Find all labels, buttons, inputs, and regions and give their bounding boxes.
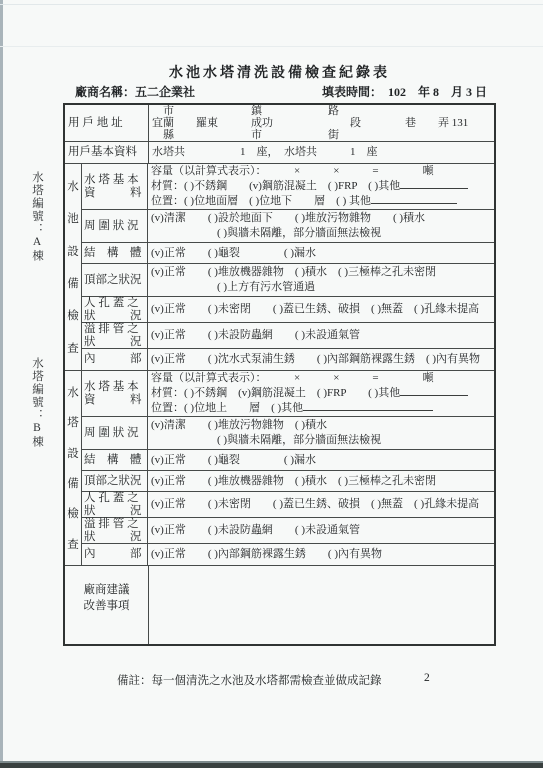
vendor-suggestion-value — [149, 566, 494, 644]
blank-underline — [400, 386, 468, 396]
section-pool-side-label: 水 池 設 備 檢 查 — [65, 164, 82, 370]
side-char: 池 — [67, 210, 79, 226]
side-char: 設 — [67, 445, 79, 461]
row-manhole-cover: 人 孔 蓋 之 狀 況 (v)正常 ( )未密閉 ( )蓋已生銹、破損 ( )無… — [82, 297, 494, 323]
form-line: (v)正常 ( )沈水式泵浦生銹 ( )內部鋼筋裸露生銹 ( )內有異物 — [151, 352, 494, 367]
row-label: 廠商建議 — [68, 582, 145, 598]
row-label: 狀 況 — [84, 531, 145, 544]
address-label: 用 戶 地 址 — [65, 105, 149, 141]
section-tower-side-label: 水 塔 設 備 檢 查 — [65, 371, 82, 565]
side-char: 查 — [67, 340, 79, 356]
row-label: 資 料 — [84, 187, 145, 200]
form-line: (v)清潔 ( )設於地面下 ( )堆放污物雜物 ( )積水 — [151, 211, 494, 226]
form-line-text: 位置：( )位地上 層 ( )其他 — [151, 402, 303, 414]
form-line: 位置：( )位地上 層 ( )其他 — [151, 401, 494, 416]
form-line: 材質：( )不銹鋼 (v)鋼筋混凝土 ( )FRP ( )其他 — [151, 179, 494, 194]
scan-artifact-line — [0, 4, 543, 5]
section-tower-inspection: 水 塔 設 備 檢 查 水 塔 基 本 資 料 容量（以計算式表示）： × × … — [65, 371, 494, 566]
row-label: 水 塔 基 本 — [84, 174, 145, 187]
vendor-name: 廠商名稱：五二企業社 — [75, 83, 195, 100]
scan-bottom-edge — [0, 761, 543, 768]
inspection-table: 用 戶 地 址 市 鎮 路 宜蘭 羅東 成功 段 巷 弄 131 號 縣 市 街… — [63, 103, 496, 646]
row-label: 人 孔 蓋 之 — [84, 297, 145, 310]
vendor-suggestion-label: 廠商建議 改善事項 — [65, 566, 149, 644]
row-label: 人 孔 蓋 之 — [84, 492, 145, 505]
side-char: 檢 — [67, 307, 79, 323]
row-label: 頂部之狀況 — [84, 274, 145, 287]
form-title: 水池水塔清洗設備檢查紀錄表 — [63, 62, 496, 82]
form-line: (v)正常 ( )內部鋼筋裸露生銹 ( )內有異物 — [151, 547, 494, 562]
page-number: 2 — [424, 672, 430, 684]
row-label: 結 構 體 — [84, 454, 145, 467]
scan-left-edge — [0, 0, 3, 768]
form-line: 容量（以計算式表示）： × × = 噸 — [151, 164, 494, 179]
blank-underline — [400, 179, 468, 189]
form-line-text: 材質：( )不銹鋼 (v)鋼筋混凝土 ( )FRP ( )其他 — [151, 387, 400, 399]
scanned-inspection-form: { "page": { "title": "水池水塔清洗設備檢查紀錄表", "v… — [0, 0, 543, 768]
form-line: (v)正常 ( )未密閉 ( )蓋已生銹、破損 ( )無蓋 ( )孔緣未提高 — [151, 497, 494, 512]
blank-underline — [371, 194, 457, 204]
margin-note-tank-b: 水塔編號：B棟 — [29, 357, 45, 449]
row-label: 內 部 — [84, 548, 145, 561]
side-char: 檢 — [67, 505, 79, 521]
form-line: (v)正常 ( )龜裂 ( )漏水 — [151, 246, 494, 261]
fill-date: 填表時間： 102 年 8 月 3 日 — [322, 83, 487, 100]
side-char: 查 — [67, 536, 79, 552]
address-row: 用 戶 地 址 市 鎮 路 宜蘭 羅東 成功 段 巷 弄 131 號 縣 市 街 — [65, 105, 494, 142]
row-label: 內 部 — [84, 353, 145, 366]
row-label: 狀 況 — [84, 310, 145, 323]
form-line-text: 材質：( )不銹鋼 (v)鋼筋混凝土 ( )FRP ( )其他 — [151, 180, 400, 192]
footer-note: 備註：每一個清洗之水池及水塔都需檢查並做成記錄 — [117, 672, 382, 688]
form-line: 材質：( )不銹鋼 (v)鋼筋混凝土 ( )FRP ( )其他 — [151, 386, 494, 401]
row-label: 頂部之狀況 — [84, 475, 145, 488]
side-char: 水 — [67, 178, 79, 194]
basic-info-row: 用戶基本資料 水塔共 1 座， 水塔共 1 座 — [65, 142, 494, 164]
form-line: 位置：( )位地面層 ( )位地下 層 ( ) 其他 — [151, 194, 494, 209]
form-line: ( )與牆未隔離，部分牆面無法檢視 — [151, 226, 494, 241]
basic-info-value: 水塔共 1 座， 水塔共 1 座 — [152, 145, 494, 160]
row-surroundings: 周 圍 狀 況 (v)清潔 ( )設於地面下 ( )堆放污物雜物 ( )積水 (… — [82, 210, 494, 243]
row-tank-basic: 水 塔 基 本 資 料 容量（以計算式表示）： × × = 噸 材質：( )不銹… — [82, 164, 494, 210]
row-label: 溢 排 管 之 — [84, 518, 145, 531]
row-label: 周 圍 狀 況 — [84, 220, 145, 233]
row-label: 周 圍 狀 況 — [84, 427, 145, 440]
row-interior: 內 部 (v)正常 ( )沈水式泵浦生銹 ( )內部鋼筋裸露生銹 ( )內有異物 — [82, 349, 494, 370]
form-line: (v)正常 ( )未密閉 ( )蓋已生銹、破損 ( )無蓋 ( )孔緣未提高 — [151, 302, 494, 317]
form-line: 容量（以計算式表示）： × × = 噸 — [151, 371, 494, 386]
row-surroundings: 周 圍 狀 況 (v)清潔 ( )堆放污物雜物 ( )積水 ( )與牆未隔離，部… — [82, 417, 494, 450]
form-line: (v)正常 ( )未設防蟲網 ( )未設通氣管 — [151, 328, 494, 343]
address-line-bottom: 縣 市 街 — [152, 129, 494, 141]
row-structure: 結 構 體 (v)正常 ( )龜裂 ( )漏水 — [82, 243, 494, 264]
side-char: 水 — [67, 384, 79, 400]
row-overflow-pipe: 溢 排 管 之 狀 況 (v)正常 ( )未設防蟲網 ( )未設通氣管 — [82, 323, 494, 349]
form-line: (v)正常 ( )堆放機器雜物 ( )積水 ( )三極棒之孔未密閉 — [151, 474, 494, 489]
scan-artifact-line — [0, 46, 543, 47]
address-value: 市 鎮 路 宜蘭 羅東 成功 段 巷 弄 131 號 縣 市 街 — [149, 105, 494, 141]
address-line-top: 市 鎮 路 — [152, 105, 494, 117]
basic-info-label: 用戶基本資料 — [65, 142, 149, 163]
row-structure: 結 構 體 (v)正常 ( )龜裂 ( )漏水 — [82, 450, 494, 471]
row-interior: 內 部 (v)正常 ( )內部鋼筋裸露生銹 ( )內有異物 — [82, 544, 494, 565]
form-line-text: 位置：( )位地面層 ( )位地下 層 ( ) 其他 — [151, 195, 371, 207]
margin-note-tank-a: 水塔編號：A棟 — [29, 171, 45, 263]
row-label: 結 構 體 — [84, 247, 145, 260]
form-line: (v)正常 ( )未設防蟲網 ( )未設通氣管 — [151, 523, 494, 538]
row-top-condition: 頂部之狀況 (v)正常 ( )堆放機器雜物 ( )積水 ( )三極棒之孔未密閉 — [82, 471, 494, 492]
row-label: 狀 況 — [84, 505, 145, 518]
blank-underline — [303, 401, 433, 411]
row-tank-basic: 水 塔 基 本 資 料 容量（以計算式表示）： × × = 噸 材質：( )不銹… — [82, 371, 494, 417]
form-meta-row: 廠商名稱：五二企業社 填表時間： 102 年 8 月 3 日 — [75, 83, 487, 100]
row-label: 狀 況 — [84, 336, 145, 349]
side-char: 塔 — [67, 414, 79, 430]
vendor-suggestion-row: 廠商建議 改善事項 — [65, 566, 494, 644]
side-char: 備 — [67, 475, 79, 491]
section-pool-inspection: 水 池 設 備 檢 查 水 塔 基 本 資 料 容量（以計算式表示）： × × … — [65, 164, 494, 371]
address-line-mid: 宜蘭 羅東 成功 段 巷 弄 131 號 — [152, 117, 494, 129]
form-line: (v)正常 ( )堆放機器雜物 ( )積水 ( )三極棒之孔未密閉 — [151, 265, 494, 280]
side-char: 備 — [67, 275, 79, 291]
form-line: ( )與牆未隔離，部分牆面無法檢視 — [151, 433, 494, 448]
row-top-condition: 頂部之狀況 (v)正常 ( )堆放機器雜物 ( )積水 ( )三極棒之孔未密閉 … — [82, 264, 494, 297]
row-manhole-cover: 人 孔 蓋 之 狀 況 (v)正常 ( )未密閉 ( )蓋已生銹、破損 ( )無… — [82, 492, 494, 518]
form-line: (v)清潔 ( )堆放污物雜物 ( )積水 — [151, 418, 494, 433]
row-label: 資 料 — [84, 394, 145, 407]
side-char: 設 — [67, 243, 79, 259]
row-label: 改善事項 — [68, 598, 145, 614]
row-label: 溢 排 管 之 — [84, 323, 145, 336]
row-overflow-pipe: 溢 排 管 之 狀 況 (v)正常 ( )未設防蟲網 ( )未設通氣管 — [82, 518, 494, 544]
row-label: 水 塔 基 本 — [84, 381, 145, 394]
form-line: ( )上方有污水管通過 — [151, 280, 494, 295]
form-line: (v)正常 ( )龜裂 ( )漏水 — [151, 453, 494, 468]
